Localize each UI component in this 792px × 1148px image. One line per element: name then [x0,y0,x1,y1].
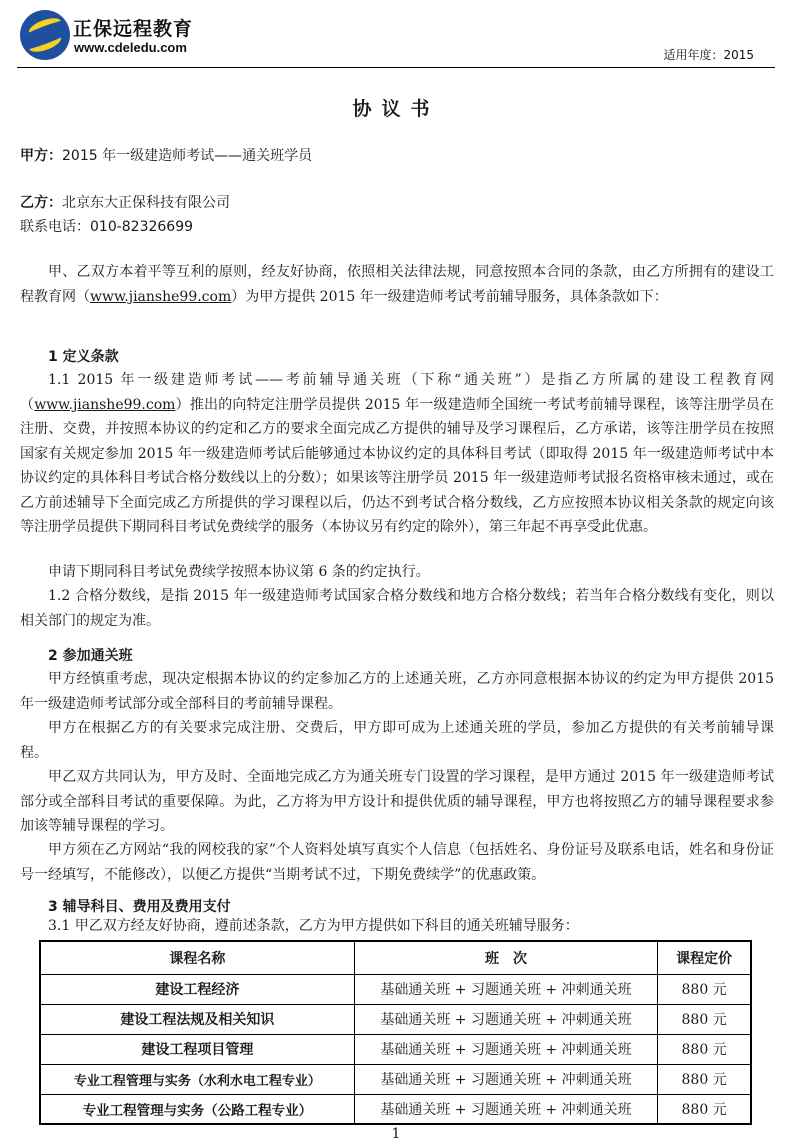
document-title: 协议书 [0,94,792,121]
circle-swoosh-logo-icon [20,10,70,60]
course-name: 建设工程经济 [40,974,354,1004]
table-row: 建设工程经济 基础通关班 + 习题通关班 + 冲刺通关班 880 元 [40,974,751,1004]
party-b: 乙方：北京东大正保科技有限公司 [20,192,230,212]
table-row: 专业工程管理与实务（公路工程专业） 基础通关班 + 习题通关班 + 冲刺通关班 … [40,1094,751,1124]
course-classes: 基础通关班 + 习题通关班 + 冲刺通关班 [354,1004,657,1034]
section-2-p4: 甲方须在乙方网站“我的网校我的家”个人资料处填写真实个人信息（包括姓名、身份证号… [20,838,774,887]
section-2-p2: 甲方在根据乙方的有关要求完成注册、交费后，甲方即可成为上述通关班的学员，参加乙方… [20,716,774,765]
page-header: 正保远程教育 www.cdeledu.com 适用年度：2015 [0,0,792,70]
table-row: 建设工程项目管理 基础通关班 + 习题通关班 + 冲刺通关班 880 元 [40,1034,751,1064]
contact-value: 010-82326699 [90,219,193,235]
section-1-1-paragraph: 1.1 2015 年一级建造师考试——考前辅导通关班（下称“通关班”）是指乙方所… [20,368,774,540]
jianshe99-link[interactable]: www.jianshe99.com [90,289,231,305]
jianshe99-link-2[interactable]: www.jianshe99.com [34,397,175,413]
table-header-row: 课程名称 班 次 课程定价 [40,941,751,974]
course-table: 课程名称 班 次 课程定价 建设工程经济 基础通关班 + 习题通关班 + 冲刺通… [39,940,752,1125]
course-price: 880 元 [658,1094,751,1124]
header-divider [17,67,775,68]
party-b-label: 乙方： [20,195,62,211]
intro-paragraph: 甲、乙双方本着平等互利的原则，经友好协商，依照相关法律法规，同意按照本合同的条款… [20,260,774,309]
section-2-p3: 甲乙双方共同认为，甲方及时、全面地完成乙方为通关班专门设置的学习课程，是甲方通过… [20,765,774,839]
course-price: 880 元 [658,1064,751,1094]
section-1-2-paragraph: 1.2 合格分数线，是指 2015 年一级建造师考试国家合格分数线和地方合格分数… [20,584,774,633]
header-price: 课程定价 [658,941,751,974]
course-classes: 基础通关班 + 习题通关班 + 冲刺通关班 [354,1034,657,1064]
table-row: 专业工程管理与实务（水利水电工程专业） 基础通关班 + 习题通关班 + 冲刺通关… [40,1064,751,1094]
section-1-heading: 1 定义条款 [48,346,119,366]
page-number: 1 [0,1126,792,1142]
course-price: 880 元 [658,1004,751,1034]
brand-url[interactable]: www.cdeledu.com [74,40,187,55]
header-course-name: 课程名称 [40,941,354,974]
section-2-p1: 甲方经慎重考虑，现决定根据本协议的约定参加乙方的上述通关班，乙方亦同意根据本协议… [20,667,774,716]
course-classes: 基础通关班 + 习题通关班 + 冲刺通关班 [354,974,657,1004]
section-2-heading: 2 参加通关班 [48,645,133,665]
course-price: 880 元 [658,1034,751,1064]
party-a: 甲方：2015 年一级建造师考试——通关班学员 [20,145,312,165]
table-row: 建设工程法规及相关知识 基础通关班 + 习题通关班 + 冲刺通关班 880 元 [40,1004,751,1034]
section-3-heading: 3 辅导科目、费用及费用支付 [48,896,231,916]
course-classes: 基础通关班 + 习题通关班 + 冲刺通关班 [354,1064,657,1094]
party-b-value: 北京东大正保科技有限公司 [62,195,230,211]
header-classes: 班 次 [354,941,657,974]
course-name: 建设工程法规及相关知识 [40,1004,354,1034]
year-label: 适用年度：2015 [663,46,754,63]
contact-phone: 联系电话：010-82326699 [20,216,193,236]
party-a-value: 2015 年一级建造师考试——通关班学员 [62,148,312,164]
course-name: 专业工程管理与实务（公路工程专业） [40,1094,354,1124]
contact-label: 联系电话： [20,219,90,235]
section-1-1-text-cont: ）推出的向特定注册学员提供 2015 年一级建造师全国统一考试考前辅导课程，该等… [20,397,774,536]
course-name: 专业工程管理与实务（水利水电工程专业） [40,1064,354,1094]
brand-name: 正保远程教育 [73,14,193,41]
course-name: 建设工程项目管理 [40,1034,354,1064]
course-classes: 基础通关班 + 习题通关班 + 冲刺通关班 [354,1094,657,1124]
intro-text-cont: ）为甲方提供 2015 年一级建造师考试考前辅导服务，具体条款如下： [231,289,668,305]
section-1-renewal-paragraph: 申请下期同科目考试免费续学按照本协议第 6 条的约定执行。 [20,560,774,585]
section-3-1-paragraph: 3.1 甲乙双方经友好协商，遵前述条款，乙方为甲方提供如下科目的通关班辅导服务： [48,914,768,939]
course-price: 880 元 [658,974,751,1004]
party-a-label: 甲方： [20,148,62,164]
